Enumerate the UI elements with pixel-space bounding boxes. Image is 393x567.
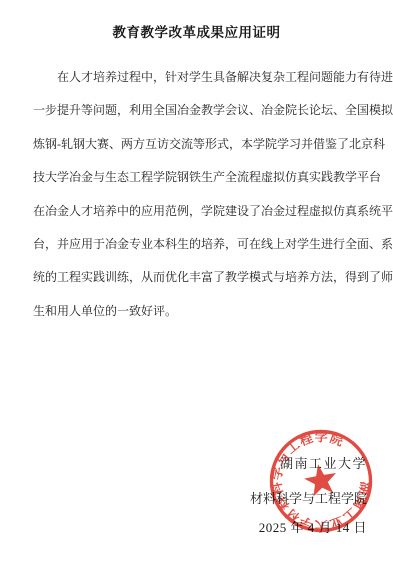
document-title: 教育教学改革成果应用证明 xyxy=(0,21,393,41)
body-line: 生和用人单位的一致好评。 xyxy=(33,295,363,328)
body-line: 统的工程实践训练，从而优化丰富了教学模式与培养方法，得到了师 xyxy=(33,261,363,294)
body-line: 一步提升等问题，利用全国冶金教学会议、冶金院长论坛、全国模拟 xyxy=(33,94,363,127)
body-line: 台，并应用于冶金专业本科生的培养，可在线上对学生进行全面、系 xyxy=(33,228,363,261)
certificate-page: 教育教学改革成果应用证明 在人才培养过程中，针对学生具备解决复杂工程问题能力有待… xyxy=(0,0,393,567)
signature-university: 湖南工业大学 xyxy=(280,453,367,472)
seal-border xyxy=(272,432,371,531)
signature-date: 2025 年 4 月 14 日 xyxy=(259,517,367,536)
signature-college: 材料科学与工程学院 xyxy=(250,488,367,507)
body-paragraph: 在人才培养过程中，针对学生具备解决复杂工程问题能力有待进 一步提升等问题，利用全… xyxy=(33,61,363,328)
body-line: 在人才培养过程中，针对学生具备解决复杂工程问题能力有待进 xyxy=(33,61,363,94)
body-line: 炼钢-轧钢大赛、两方互访交流等形式，本学院学习并借鉴了北京科 xyxy=(33,128,363,161)
body-line: 在冶金人才培养中的应用范例，学院建设了冶金过程虚拟仿真系统平 xyxy=(33,195,363,228)
body-line: 技大学冶金与生态工程学院钢铁生产全流程虚拟仿真实践教学平台 xyxy=(33,161,363,194)
